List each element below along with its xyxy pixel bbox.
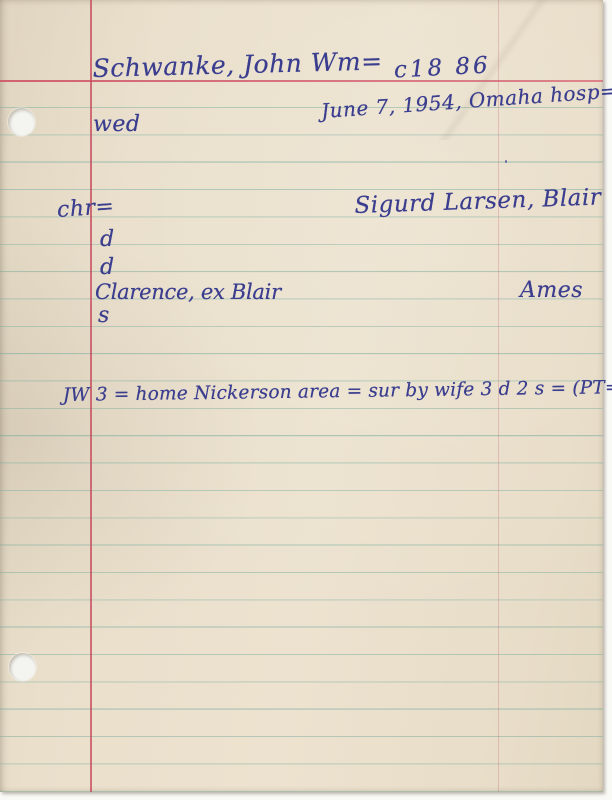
- child-entry-s: s: [98, 303, 110, 328]
- name-entry: Schwanke, John Wm=: [92, 46, 383, 83]
- birth-year-entry: c18 86: [393, 52, 491, 83]
- chr-label: chr=: [56, 194, 115, 223]
- residence-entry: Ames: [520, 278, 583, 303]
- hole-punch-top: [8, 108, 35, 136]
- wed-label: wed: [93, 112, 140, 137]
- child-entry-clarence: Clarence, ex Blair: [95, 280, 281, 304]
- child-entry-d2: d: [100, 255, 115, 280]
- scanned-page: Schwanke, John Wm= c18 86 June 7, 1954, …: [0, 0, 612, 800]
- notebook-paper: Schwanke, John Wm= c18 86 June 7, 1954, …: [0, 0, 603, 792]
- stray-ink-dot: [505, 160, 507, 163]
- hole-punch-bottom: [9, 653, 36, 681]
- child-entry-d1: d: [100, 227, 115, 252]
